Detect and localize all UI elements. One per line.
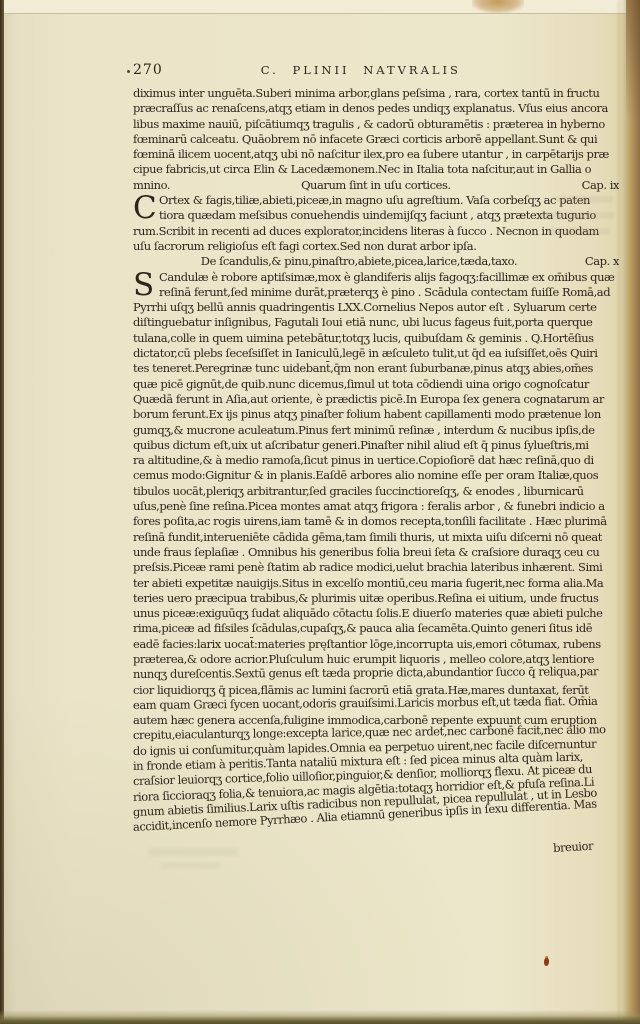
text-line: uſu ſacrorum religioſus eſt fagi cortex.… <box>133 239 619 254</box>
text-line: tibulos uocāt,pleriqʒ arbitrantur,ſed gr… <box>133 484 619 499</box>
paragraph-continuation: diximus inter unguēta.Suberi minima arbo… <box>133 86 619 178</box>
text-line: borum ferunt.Ex ijs pinus atqʒ pinaſter … <box>133 407 619 422</box>
show-through-text <box>160 862 220 869</box>
text-line: Candulæ è robore aptiſsimæ,mox è glandif… <box>133 270 619 285</box>
show-through-text <box>548 228 610 235</box>
text-line: libus maxime nauiū, piſcātiumqʒ tragulis… <box>133 117 619 132</box>
text-line: nunqʒ dureſcentis.Sextū genus eſt tæda p… <box>133 664 619 682</box>
catchword: breuior <box>553 838 594 851</box>
page-number: 270 <box>133 62 163 78</box>
chapter-10-title: De ſcandulis,& pinu,pinaſtro,abiete,pice… <box>133 254 585 269</box>
text-line: gumqʒ,& mucrone aculeatum.Pinus fert min… <box>133 423 619 438</box>
text-line: quæ picē gignūt,de quib.nunc dicemus,ſim… <box>133 377 619 392</box>
drop-cap-s: S <box>133 270 154 300</box>
chapter-9-number: Cap. ix <box>582 178 619 193</box>
text-line: quibus dictum eſt,uix ut aſcribatur gene… <box>133 438 619 453</box>
text-line: Ortex & fagis,tiliæ,abieti,piceæ,in magn… <box>133 193 619 208</box>
text-line: Quædā ferunt in Aſia,aut oriente, è præd… <box>133 392 619 407</box>
show-through-text <box>148 848 238 856</box>
text-line: cipue fabricis,ut circa Elin & Lacedæmon… <box>133 162 619 177</box>
text-line: ra altitudine,& à medio ramoſa,ſicut pin… <box>133 453 619 468</box>
text-line: fores poſita,ac rogis uirens,iam tamē & … <box>133 514 619 529</box>
chapter-10-number: Cap. x <box>585 254 619 269</box>
chapter-9-title: Quarum ſint in uſu cortices. <box>170 178 582 193</box>
text-line: eadē facies:larix uocat̄:materies pręſta… <box>133 637 619 652</box>
book-fore-edge <box>626 0 640 1024</box>
text-line: uſus,penè ſine reſina.Picea montes amat … <box>133 499 619 514</box>
text-line: rum.Scribit in recenti ad duces explorat… <box>133 224 619 239</box>
text-line: tes teneret.Peregrinæ tunc uidebant̄,q̄m… <box>133 361 619 376</box>
text-line: præcraſſus ac renaſcens,atqʒ etiam in de… <box>133 101 619 116</box>
chapter-9: C Ortex & fagis,tiliæ,abieti,piceæ,in ma… <box>133 193 619 254</box>
text-line: Pyrrhi uſqʒ bellū annis quadringentis LX… <box>133 300 619 315</box>
ink-speck <box>127 70 130 73</box>
book-fore-edge-corner <box>626 0 640 120</box>
page-header: 270 C. PLINII NATVRALIS <box>133 62 619 78</box>
book-page: 270 C. PLINII NATVRALIS diximus inter un… <box>0 0 640 1024</box>
running-title: C. PLINII NATVRALIS <box>163 63 619 77</box>
text-line: rima,piceæ ad fiſsiles ſcādulas,cupaſqʒ,… <box>133 621 619 636</box>
text-line: cemus modo:Gignitur & in planis.Eaſdē ar… <box>133 468 619 483</box>
paper-stain <box>472 0 524 13</box>
text-line: unus piceæ:exiguūqʒ ſudat aliquādo cōtac… <box>133 606 619 621</box>
text-line: diximus inter unguēta.Suberi minima arbo… <box>133 86 619 101</box>
text-line: reſinā fundit,interueniēte cādida gēma,t… <box>133 530 619 545</box>
page-top-edge <box>0 0 628 14</box>
chapter-10-lines: Pyrrhi uſqʒ bellū annis quadringentis LX… <box>133 300 619 835</box>
book-bottom-edge <box>0 1010 640 1024</box>
show-through-text <box>540 212 614 219</box>
show-through-text <box>555 196 613 203</box>
chapter-10: S Candulæ è robore aptiſsimæ,mox è gland… <box>133 270 619 836</box>
text-line: fœminā ilicem uocent,atqʒ ubi nō naſcitu… <box>133 147 619 162</box>
text-block: diximus inter unguēta.Suberi minima arbo… <box>133 86 619 852</box>
chapter-10-heading-line: De ſcandulis,& pinu,pinaſtro,abiete,pice… <box>133 254 619 269</box>
text-line: teries uero præcipua trabibus,& plurimis… <box>133 591 619 606</box>
text-line: fœminarū calceatu. Quāobrem nō infacete … <box>133 132 619 147</box>
book-gutter-edge <box>0 0 4 1024</box>
text-line: reſinā ferunt,ſed minime durāt,præterqʒ … <box>133 285 619 300</box>
text-line: diſtinguebatur inſignibus, Fagutali Ioui… <box>133 315 619 330</box>
paper-speck <box>544 958 549 966</box>
text-line: unde fraus ſeplaſiæ . Omnibus his generi… <box>133 545 619 560</box>
text-line: eam quam Græci ſycen uocant,odoris graui… <box>133 694 619 714</box>
drop-cap-c: C <box>133 193 156 223</box>
book-photo: 270 C. PLINII NATVRALIS diximus inter un… <box>0 0 640 1024</box>
text-line: tulana,colle in quem uimina petebātur,to… <box>133 331 619 346</box>
text-line: preſsis.Piceæ rami penè ſtatim ab radice… <box>133 560 619 575</box>
text-line: ter abieti expetitæ nauigijs.Situs in ex… <box>133 576 619 591</box>
chapter-9-heading-line: mnino. Quarum ſint in uſu cortices. Cap.… <box>133 178 619 193</box>
text-line: dictator,cū plebs ſeceſsiſſet in Ianicul… <box>133 346 619 361</box>
